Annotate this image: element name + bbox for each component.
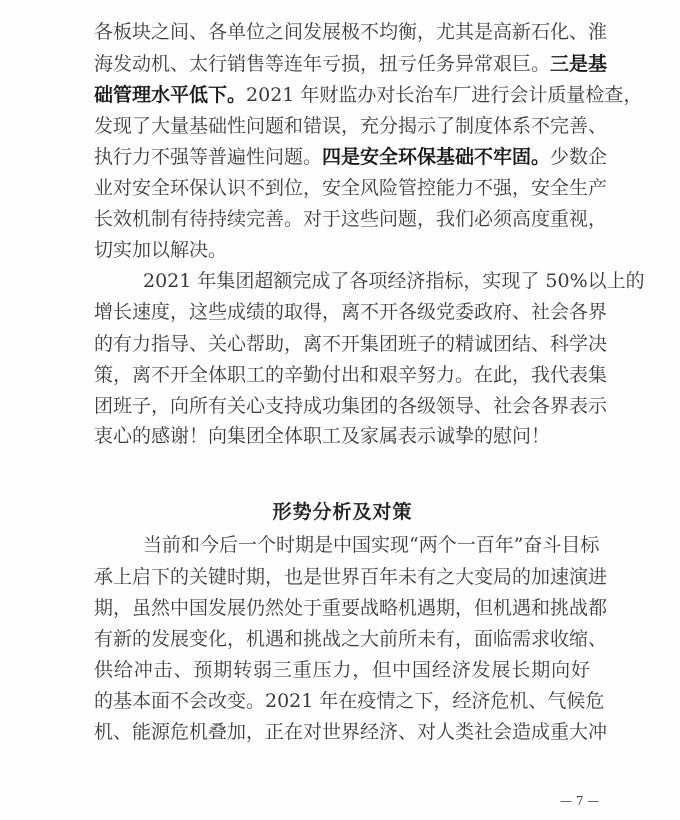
text-line: 发现了大量基础性问题和错误，充分揭示了制度体系不完善、 xyxy=(94,112,590,140)
text-line: 衷心的感谢！向集团全体职工及家属表示诚挚的慰问！ xyxy=(94,422,590,450)
text-line: 当前和今后一个时期是中国实现“两个一百年”奋斗目标 xyxy=(143,531,590,559)
text-line: 切实加以解决。 xyxy=(94,236,590,264)
text-line: 增长速度，这些成绩的取得，离不开各级党委政府、社会各界 xyxy=(94,298,590,326)
text-line: 有新的发展变化，机遇和挑战之大前所未有，面临需求收缩、 xyxy=(94,625,590,653)
text-line: 长效机制有待持续完善。对于这些问题，我们必须高度重视， xyxy=(94,205,590,233)
page-number: — 7 — xyxy=(560,794,599,808)
text-line: 的有力指导、关心帮助，离不开集团班子的精诚团结、科学决 xyxy=(94,330,590,358)
text-line: 业对安全环保认识不到位，安全风险管控能力不强，安全生产 xyxy=(94,174,590,202)
text-line: 团班子，向所有关心支持成功集团的各级领导、社会各界表示 xyxy=(94,392,590,420)
section-heading: 形势分析及对策 xyxy=(0,497,680,524)
text-line: 的基本面不会改变。2021 年在疫情之下，经济危机、气候危 xyxy=(94,687,590,715)
text-line: 各板块之间、各单位之间发展极不均衡，尤其是高新石化、淮 xyxy=(94,18,590,46)
bold-point-3-cont: 础管理水平低下。 xyxy=(94,84,246,106)
text-line: 供给冲击、预期转弱三重压力，但中国经济发展长期向好 xyxy=(94,656,590,684)
text-line: 期，虽然中国发展仍然处于重要战略机遇期，但机遇和挑战都 xyxy=(94,594,590,622)
text-line: 机、能源危机叠加，正在对世界经济、对人类社会造成重大冲 xyxy=(94,718,590,746)
text-line: 海发动机、太行销售等连年亏损，扭亏任务异常艰巨。三是基 xyxy=(94,50,590,78)
text-line: 策，离不开全体职工的辛勤付出和艰辛努力。在此，我代表集 xyxy=(94,361,590,389)
bold-point-3: 三是基 xyxy=(550,53,607,75)
text-line: 2021 年集团超额完成了各项经济指标，实现了 50%以上的 xyxy=(143,267,590,295)
text-line: 础管理水平低下。2021 年财监办对长治车厂进行会计质量检查， xyxy=(94,81,590,109)
document-page: 各板块之间、各单位之间发展极不均衡，尤其是高新石化、淮 海发动机、太行销售等连年… xyxy=(0,0,680,820)
text-line: 承上启下的关键时期，也是世界百年未有之大变局的加速演进 xyxy=(94,563,590,591)
bold-point-4: 四是安全环保基础不牢固。 xyxy=(322,146,550,168)
text-line: 执行力不强等普遍性问题。四是安全环保基础不牢固。少数企 xyxy=(94,143,590,171)
